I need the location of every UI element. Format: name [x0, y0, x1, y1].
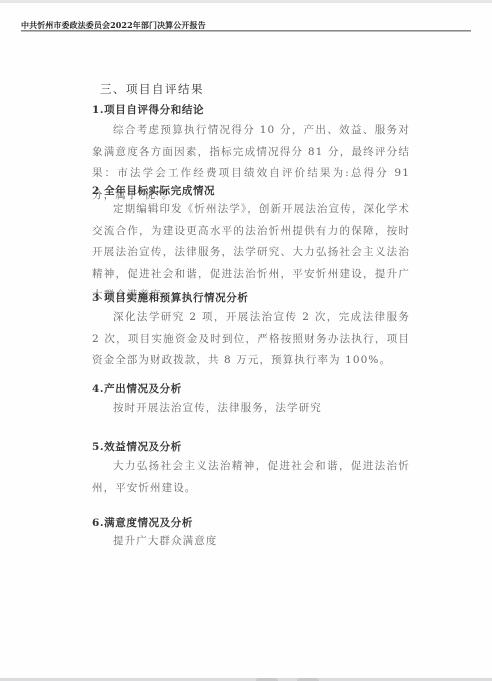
- section-title: 三、项目自评结果: [100, 81, 204, 97]
- paragraph-6: 提升广大群众满意度: [113, 531, 413, 553]
- document-page: 中共忻州市委政法委员会2022年部门决算公开报告 三、项目自评结果 1.项目自评…: [0, 3, 492, 678]
- heading-5: 5.效益情况及分析: [92, 439, 182, 454]
- heading-6: 6.满意度情况及分析: [92, 515, 193, 530]
- paragraph-5: 大力弘扬社会主义法治精神，促进社会和谐，促进法治忻州，平安忻州建设。: [92, 456, 410, 499]
- header-divider: [21, 30, 471, 32]
- paragraph-3: 深化法学研究 2 项，开展法治宣传 2 次，完成法律服务 2 次，项目实施资金及…: [92, 307, 410, 372]
- heading-4: 4.产出情况及分析: [92, 381, 182, 396]
- heading-1: 1.项目自评得分和结论: [92, 102, 204, 117]
- paragraph-4: 按时开展法治宣传，法律服务，法学研究: [113, 398, 413, 420]
- heading-3: 3 项目实施和预算执行情况分析: [92, 290, 248, 305]
- heading-2: 2 全年目标实际完成情况: [92, 183, 215, 198]
